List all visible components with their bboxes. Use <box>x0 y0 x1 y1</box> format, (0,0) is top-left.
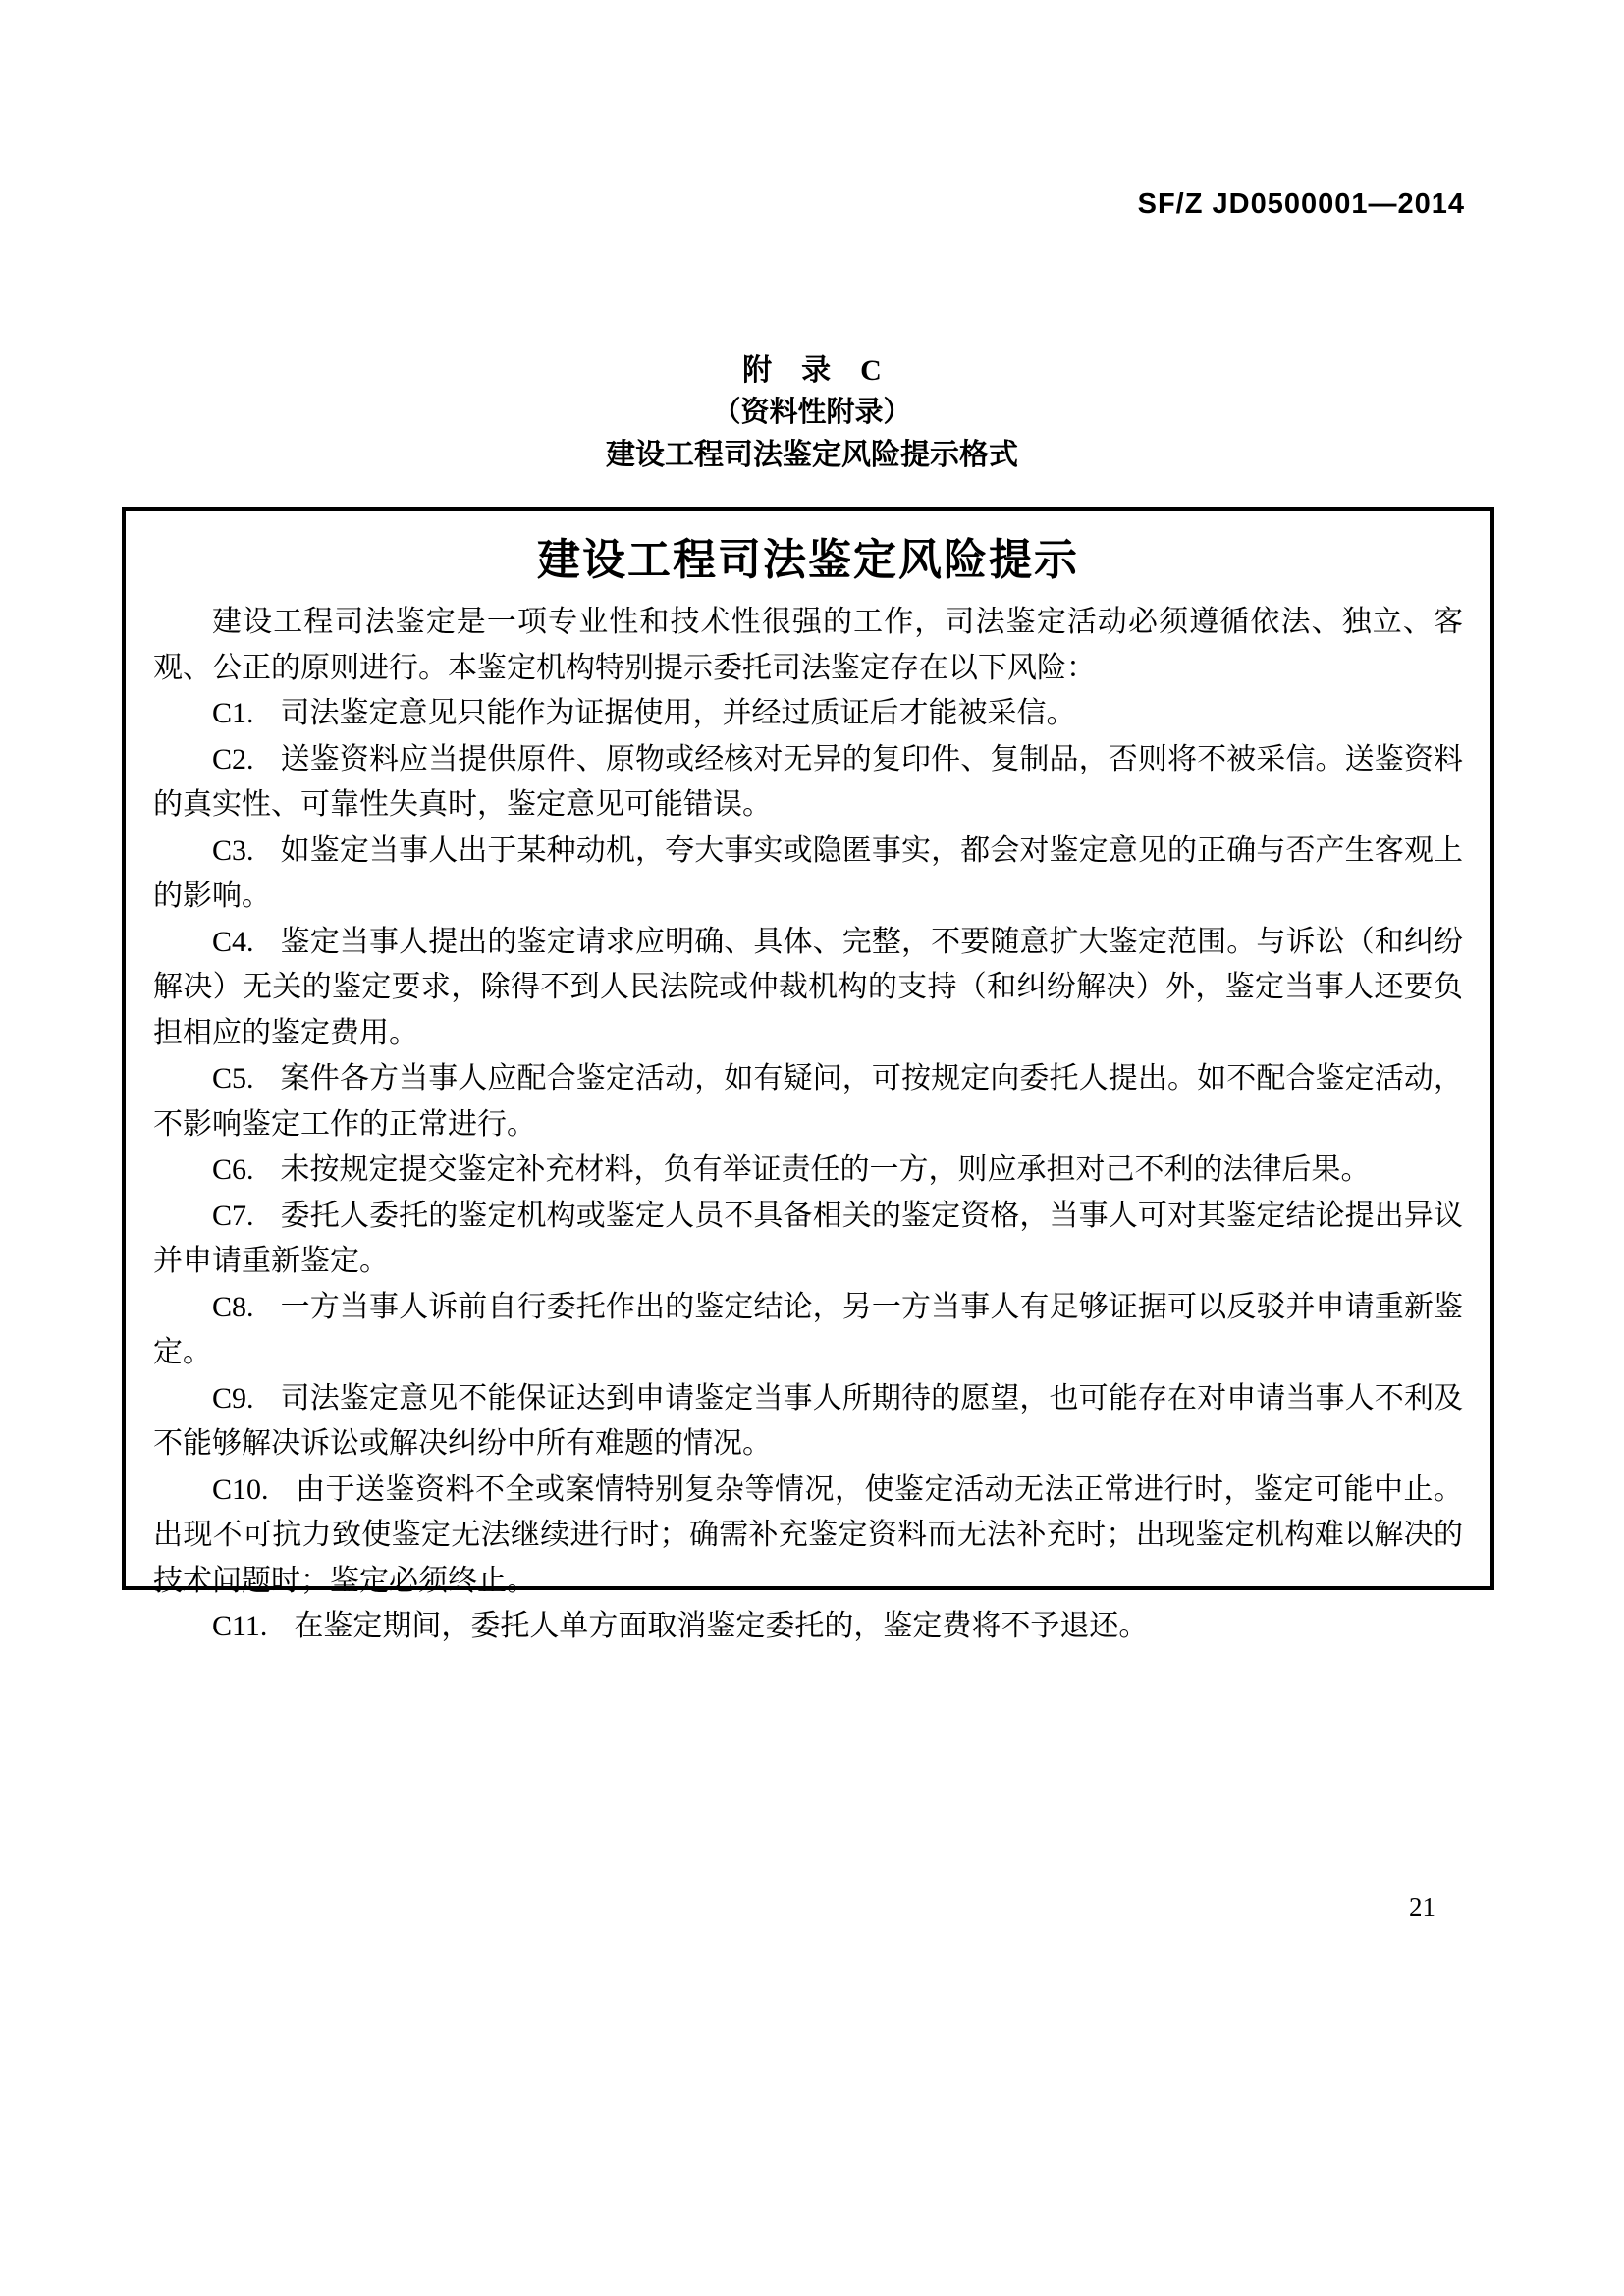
risk-item-label: C3. <box>212 834 254 867</box>
appendix-header: 附 录 C （资料性附录） 建设工程司法鉴定风险提示格式 <box>0 349 1624 477</box>
risk-item-text: 未按规定提交鉴定补充材料，负有举证责任的一方，则应承担对己不利的法律后果。 <box>281 1153 1371 1186</box>
risk-item-label: C5. <box>212 1062 254 1095</box>
risk-item-label: C11. <box>212 1610 267 1642</box>
notice-title: 建设工程司法鉴定风险提示 <box>153 535 1463 586</box>
risk-item: C9.司法鉴定意见不能保证达到申请鉴定当事人所期待的愿望，也可能存在对申请当事人… <box>153 1376 1463 1468</box>
risk-item-text: 司法鉴定意见不能保证达到申请鉴定当事人所期待的愿望，也可能存在对申请当事人不利及… <box>153 1382 1463 1461</box>
appendix-subtitle: （资料性附录） <box>0 392 1624 434</box>
appendix-heading: 建设工程司法鉴定风险提示格式 <box>0 434 1624 477</box>
risk-item-label: C2. <box>212 743 254 775</box>
appendix-title: 附 录 C <box>0 349 1624 392</box>
page-number: 21 <box>1409 1893 1435 1923</box>
risk-item: C10.由于送鉴资料不全或案情特别复杂等情况，使鉴定活动无法正常进行时，鉴定可能… <box>153 1468 1463 1605</box>
risk-item-label: C10. <box>212 1473 269 1506</box>
risk-item: C1.司法鉴定意见只能作为证据使用，并经过质证后才能被采信。 <box>153 691 1463 737</box>
intro-paragraph: 建设工程司法鉴定是一项专业性和技术性很强的工作，司法鉴定活动必须遵循依法、独立、… <box>153 600 1463 691</box>
risk-item: C6.未按规定提交鉴定补充材料，负有举证责任的一方，则应承担对己不利的法律后果。 <box>153 1148 1463 1194</box>
risk-item-text: 在鉴定期间，委托人单方面取消鉴定委托的，鉴定费将不予退还。 <box>294 1610 1148 1642</box>
risk-item: C3.如鉴定当事人出于某种动机，夸大事实或隐匿事实，都会对鉴定意见的正确与否产生… <box>153 828 1463 920</box>
risk-item-label: C9. <box>212 1382 254 1415</box>
risk-item: C11.在鉴定期间，委托人单方面取消鉴定委托的，鉴定费将不予退还。 <box>153 1604 1463 1650</box>
risk-notice-box: 建设工程司法鉴定风险提示 建设工程司法鉴定是一项专业性和技术性很强的工作，司法鉴… <box>122 507 1494 1590</box>
risk-item-text: 案件各方当事人应配合鉴定活动，如有疑问，可按规定向委托人提出。如不配合鉴定活动，… <box>153 1062 1463 1141</box>
document-page: SF/Z JD0500001—2014 附 录 C （资料性附录） 建设工程司法… <box>0 0 1624 2296</box>
risk-item-text: 由于送鉴资料不全或案情特别复杂等情况，使鉴定活动无法正常进行时，鉴定可能中止。出… <box>153 1473 1463 1597</box>
risk-item-text: 鉴定当事人提出的鉴定请求应明确、具体、完整，不要随意扩大鉴定范围。与诉讼（和纠纷… <box>153 926 1463 1049</box>
risk-item-label: C4. <box>212 926 254 958</box>
risk-item: C5.案件各方当事人应配合鉴定活动，如有疑问，可按规定向委托人提出。如不配合鉴定… <box>153 1056 1463 1148</box>
risk-item: C8.一方当事人诉前自行委托作出的鉴定结论，另一方当事人有足够证据可以反驳并申请… <box>153 1285 1463 1376</box>
risk-item: C4.鉴定当事人提出的鉴定请求应明确、具体、完整，不要随意扩大鉴定范围。与诉讼（… <box>153 920 1463 1057</box>
risk-item: C7.委托人委托的鉴定机构或鉴定人员不具备相关的鉴定资格，当事人可对其鉴定结论提… <box>153 1194 1463 1285</box>
risk-item: C2.送鉴资料应当提供原件、原物或经核对无异的复印件、复制品，否则将不被采信。送… <box>153 737 1463 828</box>
risk-item-label: C8. <box>212 1291 254 1323</box>
doc-code: SF/Z JD0500001—2014 <box>1138 188 1465 221</box>
risk-item-text: 委托人委托的鉴定机构或鉴定人员不具备相关的鉴定资格，当事人可对其鉴定结论提出异议… <box>153 1200 1463 1278</box>
risk-item-text: 如鉴定当事人出于某种动机，夸大事实或隐匿事实，都会对鉴定意见的正确与否产生客观上… <box>153 834 1463 913</box>
risk-item-text: 一方当事人诉前自行委托作出的鉴定结论，另一方当事人有足够证据可以反驳并申请重新鉴… <box>153 1291 1463 1369</box>
risk-item-label: C7. <box>212 1200 254 1232</box>
risk-item-label: C1. <box>212 697 254 729</box>
risk-item-text: 送鉴资料应当提供原件、原物或经核对无异的复印件、复制品，否则将不被采信。送鉴资料… <box>153 743 1463 822</box>
notice-body: 建设工程司法鉴定是一项专业性和技术性很强的工作，司法鉴定活动必须遵循依法、独立、… <box>153 600 1463 1650</box>
risk-item-text: 司法鉴定意见只能作为证据使用，并经过质证后才能被采信。 <box>281 697 1076 729</box>
risk-item-label: C6. <box>212 1153 254 1186</box>
